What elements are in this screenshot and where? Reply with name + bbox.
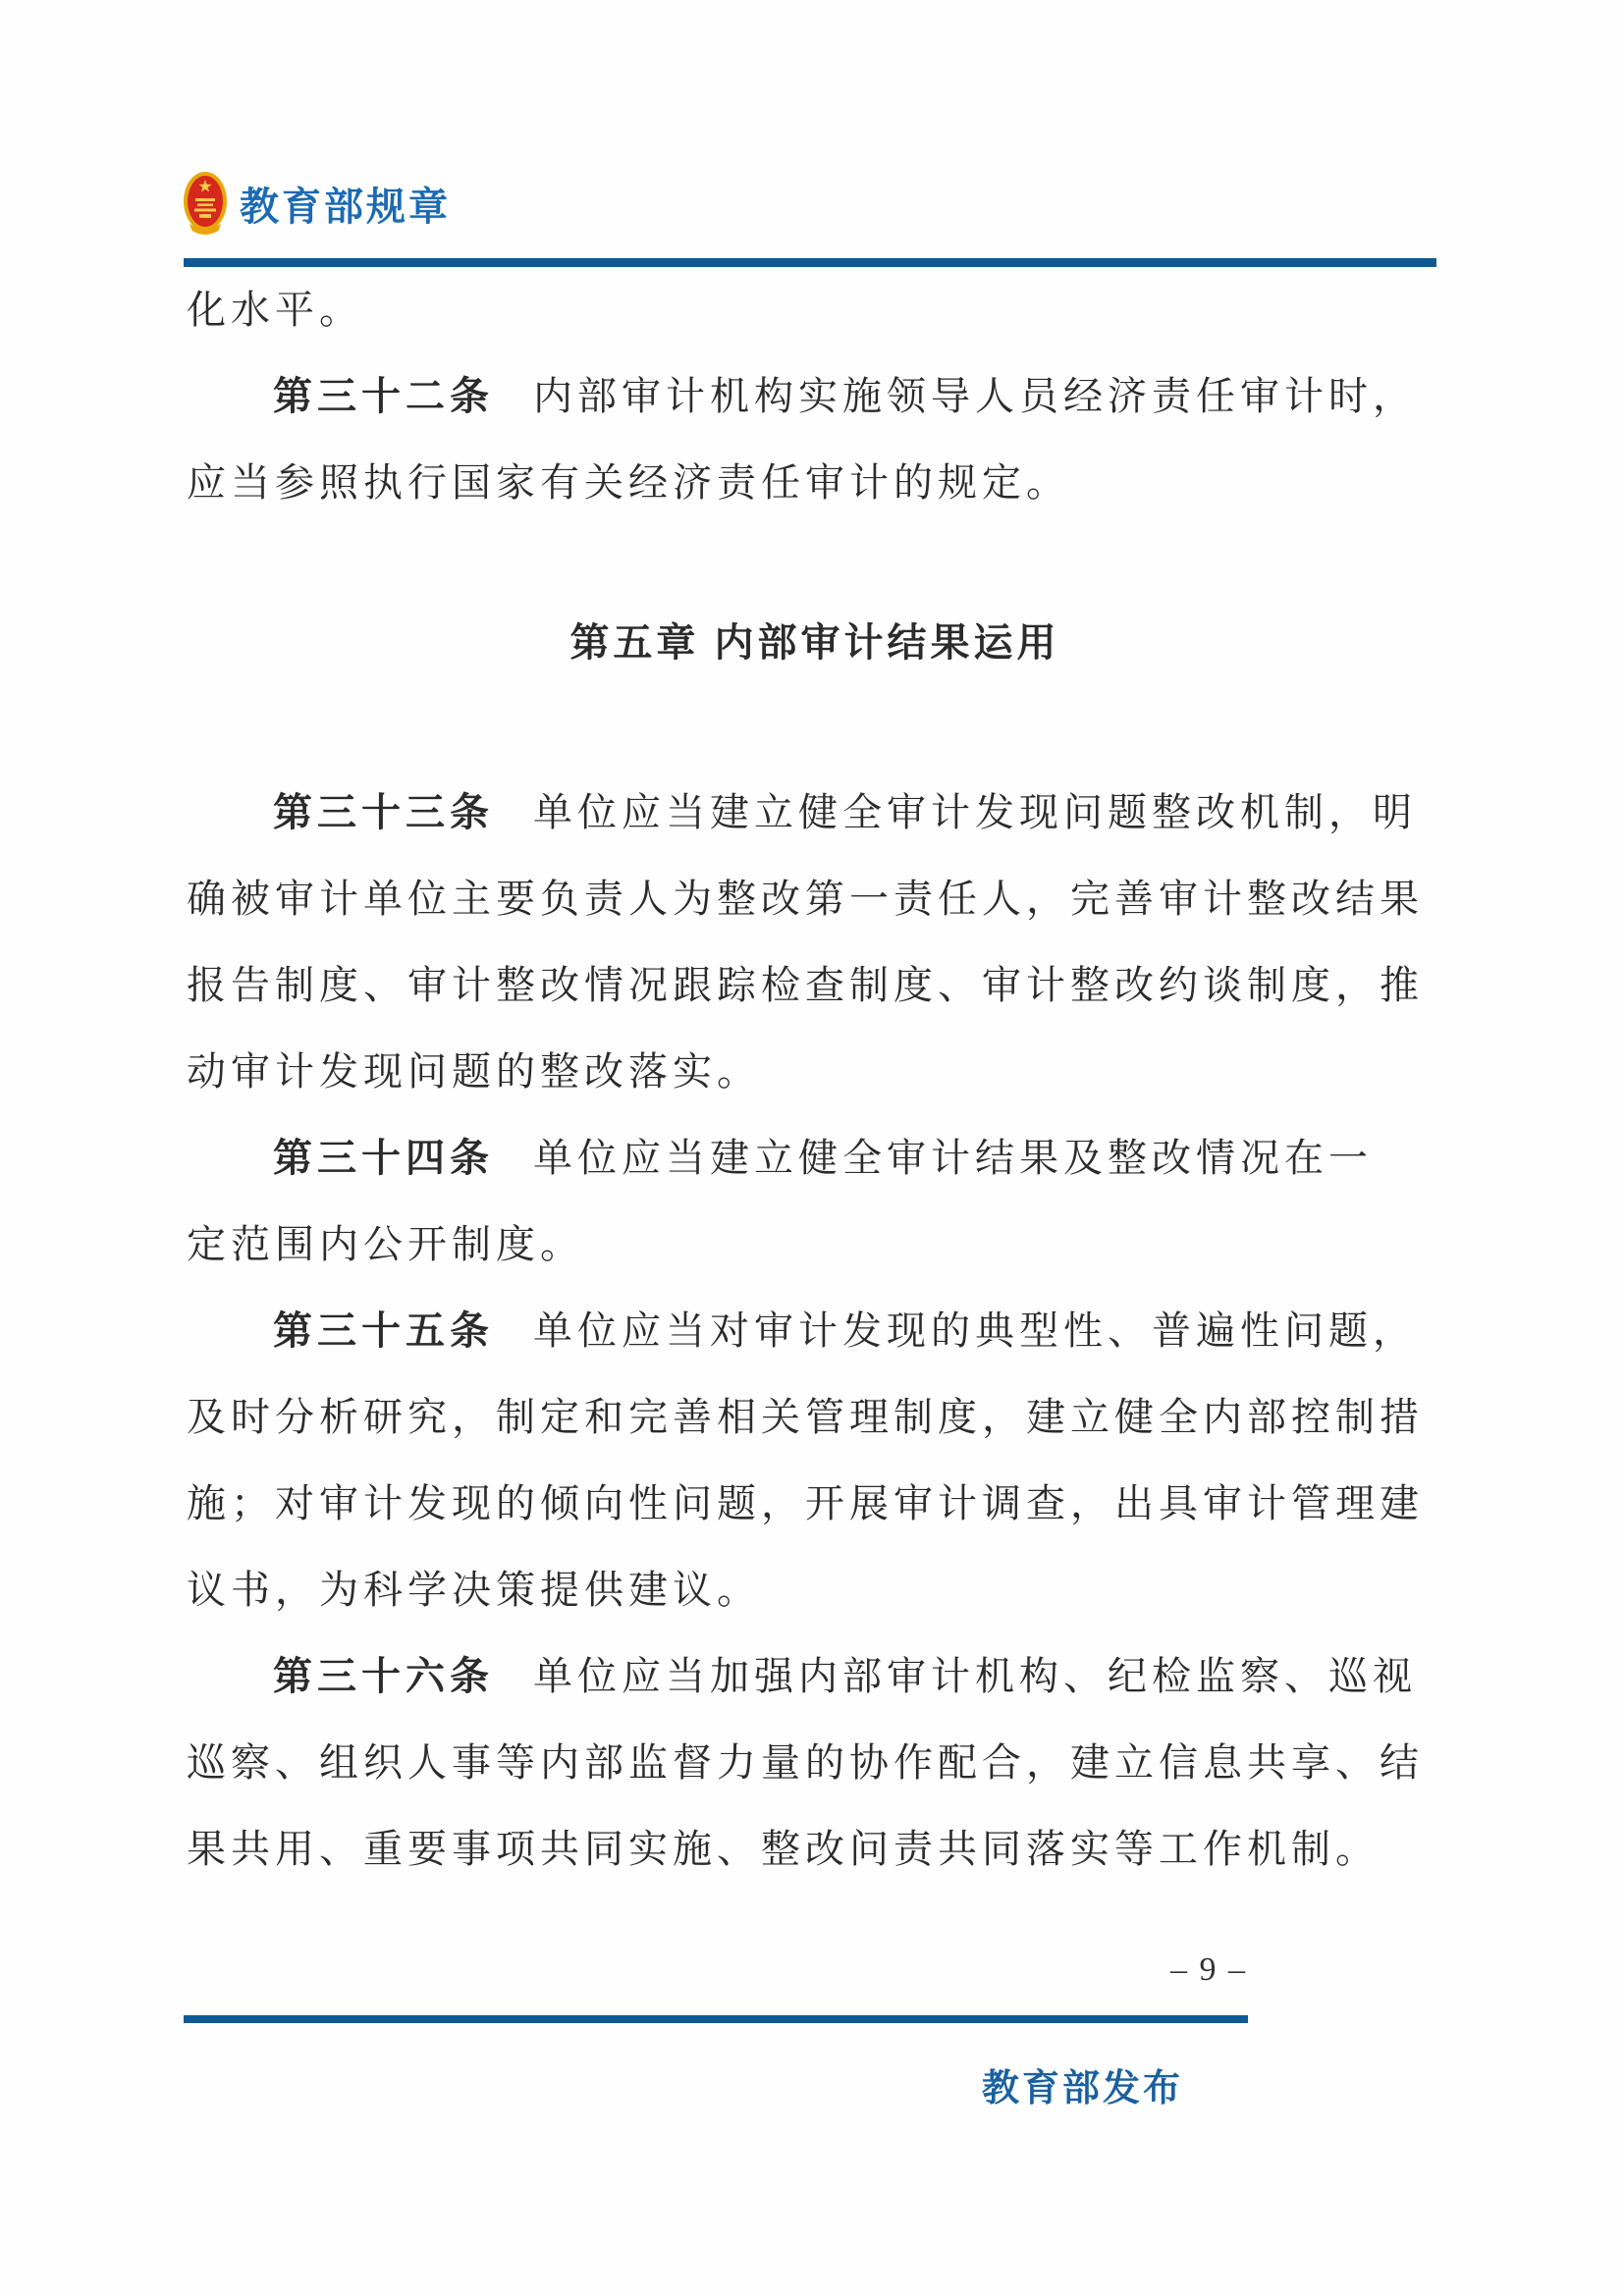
text-line: 施；对审计发现的倾向性问题，开展审计调查，出具审计管理建 — [187, 1461, 1443, 1547]
page-number: – 9 – — [1170, 1951, 1247, 1989]
page-header: 教育部规章 — [183, 169, 451, 238]
article-number: 第三十六条 — [273, 1655, 494, 1698]
document-type-banner: 教育部规章 — [240, 176, 451, 232]
publisher-label: 教育部发布 — [982, 2057, 1183, 2111]
article-start-line: 第三十五条单位应当对审计发现的典型性、普遍性问题， — [187, 1288, 1443, 1374]
text-line: 及时分析研究，制定和完善相关管理制度，建立健全内部控制措 — [187, 1374, 1443, 1461]
article-number: 第三十五条 — [273, 1309, 494, 1353]
article-start-line: 第三十六条单位应当加强内部审计机构、纪检监察、巡视 — [187, 1633, 1443, 1720]
article-start-line: 第三十三条单位应当建立健全审计发现问题整改机制，明 — [187, 770, 1443, 856]
text-line: 巡察、组织人事等内部监督力量的协作配合，建立信息共享、结 — [187, 1720, 1443, 1806]
article-start-line: 第三十四条单位应当建立健全审计结果及整改情况在一 — [187, 1115, 1443, 1201]
footer-rule — [184, 2015, 1248, 2023]
text-line: 报告制度、审计整改情况跟踪检查制度、审计整改约谈制度，推 — [187, 942, 1443, 1029]
text-line: 应当参照执行国家有关经济责任审计的规定。 — [187, 440, 1443, 526]
text-line: 果共用、重要事项共同实施、整改问责共同落实等工作机制。 — [187, 1806, 1443, 1893]
article-number: 第三十二条 — [273, 375, 494, 418]
header-rule — [184, 258, 1436, 267]
text-line: 动审计发现问题的整改落实。 — [187, 1029, 1443, 1115]
text-line: 议书，为科学决策提供建议。 — [187, 1547, 1443, 1633]
document-body: 化水平。 第三十二条内部审计机构实施领导人员经济责任审计时， 应当参照执行国家有… — [187, 267, 1443, 1893]
text-line: 确被审计单位主要负责人为整改第一责任人，完善审计整改结果 — [187, 856, 1443, 942]
text-line: 化水平。 — [187, 267, 1443, 353]
article-number: 第三十三条 — [273, 791, 494, 834]
article-number: 第三十四条 — [273, 1137, 494, 1180]
document-page: 教育部规章 化水平。 第三十二条内部审计机构实施领导人员经济责任审计时， 应当参… — [0, 0, 1624, 2296]
national-emblem-icon — [183, 169, 228, 238]
text-line: 定范围内公开制度。 — [187, 1201, 1443, 1288]
article-start-line: 第三十二条内部审计机构实施领导人员经济责任审计时， — [187, 353, 1443, 440]
chapter-heading: 第五章 内部审计结果运用 — [187, 600, 1443, 686]
